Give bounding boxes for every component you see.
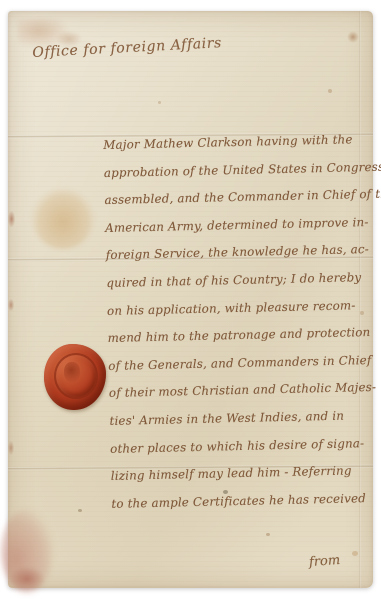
letter-sheet: Office for foreign Affairs Major Mathew … (8, 11, 373, 588)
stain-bottom-left-dark (10, 567, 44, 591)
foxing-spot (328, 89, 332, 93)
stain-top-right (347, 31, 359, 43)
foxing-spot (352, 551, 358, 556)
catchword: from (309, 553, 341, 570)
foxing-spot (266, 533, 270, 536)
foxing-spot (78, 509, 82, 512)
docket-heading: Office for foreign Affairs (32, 35, 222, 61)
photo-background: Office for foreign Affairs Major Mathew … (0, 0, 381, 599)
wax-seal-relief (64, 362, 80, 382)
wax-seal (44, 344, 106, 410)
letter-line: to the ample Certificates he has receive… (111, 484, 381, 518)
letter-body: Major Mathew Clarkson having with the ap… (103, 126, 381, 518)
stain-left-edge-1 (8, 211, 15, 227)
stain-bottom-left (1, 509, 53, 593)
foxing-spot (158, 101, 161, 104)
stain-left-edge-2 (8, 299, 14, 311)
stain-left-edge-3 (8, 441, 14, 455)
stain-tan-left (32, 189, 94, 249)
